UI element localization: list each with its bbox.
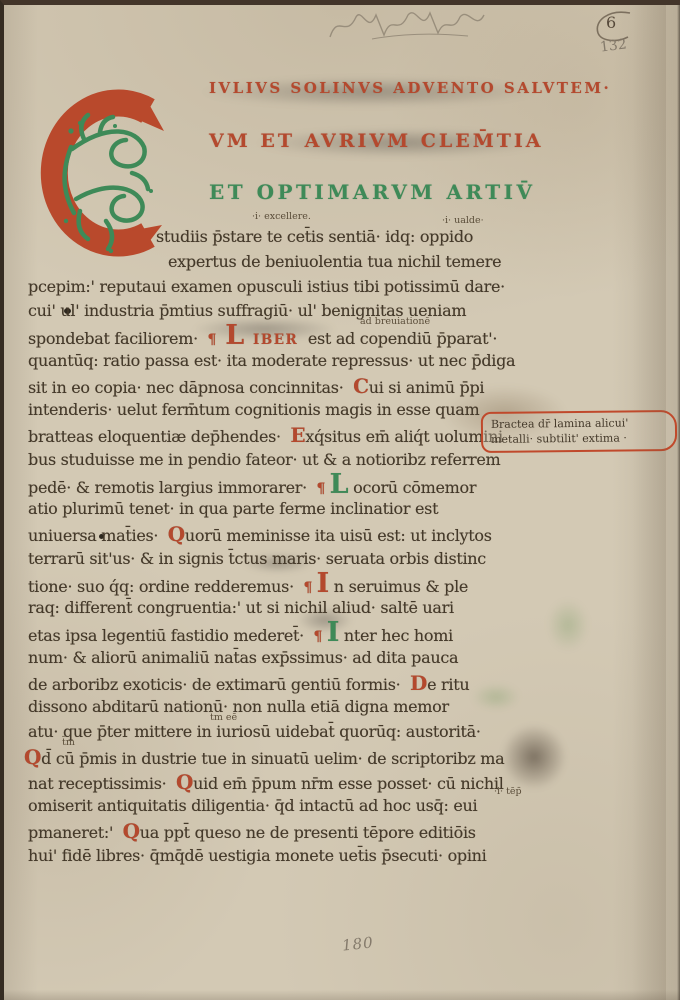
text-segment: de arboribz exoticis· de extimarū genti… [28, 675, 410, 694]
text-segment: hui' fidē libres· q̄mq̄dē uestigia mon… [28, 846, 487, 865]
text-segment: Q [24, 745, 41, 769]
faded-inscription-scrawl [322, 7, 522, 43]
incipit-line-1: IVLIVS SOLINVS ADVENTO SALVTEM· [209, 79, 611, 97]
pencil-page-number: 180 [341, 933, 374, 954]
text-segment: est ad copendiū p̄parat'· [298, 329, 497, 348]
incipit-line-2: VM ET AVRIVM CLEM̄TIA [209, 130, 544, 152]
text-segment: tione· suo q́q: ordine redderemus· [28, 577, 303, 596]
text-segment: L [330, 469, 349, 500]
text-segment: terrarū sit'us· & in signis t̄ctus mari… [28, 549, 486, 568]
text-line: spondebat faciliorem· ¶ L IBER est ad co… [28, 326, 497, 350]
text-segment: dissono abditarū nationū· non nulla et… [28, 697, 449, 716]
text-segment: E [290, 423, 305, 447]
text-segment: nter hec homi [339, 626, 453, 645]
folio-number: 132 [599, 36, 627, 55]
text-segment: D [410, 671, 427, 695]
text-line: tione· suo q́q: ordine redderemus· ¶ I n… [28, 574, 468, 598]
text-segment: ¶ [207, 332, 225, 348]
incipit-line-3: ET OPTIMARVM ARTIV̄ [209, 180, 536, 204]
text-line: uniuersa mat̄ies· Quorū meminisse ita u… [28, 524, 492, 546]
text-segment: expertus de beniuolentia tua nichil teme… [168, 252, 501, 271]
stain-blob [547, 599, 589, 651]
text-segment: ¶ [314, 629, 327, 645]
text-line: pedē· & remotis largius immorarer· ¶ L … [28, 475, 476, 499]
text-line: atio plurimū tenet· in qua parte ferme … [28, 499, 438, 519]
interlinear-gloss: ·i· ualde· [442, 215, 484, 226]
text-segment: pedē· & remotis largius immorarer· [28, 478, 316, 497]
text-segment: ui si animū p̄pi [369, 378, 485, 397]
text-segment: studiis p̄stare te cet̄is sentiā· idq: … [156, 227, 473, 246]
text-segment: pmaneret:' [28, 823, 123, 842]
text-line: intenderis· uelut ferm̄tum cognitionis m… [28, 400, 479, 420]
text-segment: ¶ [303, 580, 316, 596]
text-line: bus studuisse me in pendio fateor· ut & … [28, 450, 500, 470]
text-line: omiserit antiquitatis diligentia· q̄d in… [28, 796, 477, 816]
interlinear-gloss: ·i· excellere. [252, 211, 311, 222]
text-segment: bratteas eloquentiæ dep̄hendes· [28, 427, 290, 446]
text-segment: Q [123, 819, 140, 843]
text-segment: xq́situs em̄ aliq́t uolumini [305, 427, 502, 446]
stain-blob [472, 683, 520, 711]
text-segment: pcepim:' reputaui examen opusculi istius… [28, 277, 505, 296]
text-line: nat receptissimis· Quid em̄ p̄pum nr̄m e… [28, 772, 504, 794]
text-segment: Q [176, 770, 193, 794]
text-segment: ocorū cōmemor [348, 478, 476, 497]
text-segment: e ritu [427, 675, 469, 694]
text-segment: C [353, 374, 369, 398]
interlinear-gloss: t̄m [62, 737, 75, 748]
text-line: de arboribz exoticis· de extimarū genti… [28, 673, 469, 695]
text-line: studiis p̄stare te cet̄is sentiā· idq: … [156, 227, 473, 247]
text-line: Qd̄ cū p̄mis in dustrie tue in sinuatū… [24, 747, 504, 769]
text-line: sit in eo copia· nec dāpnosa concinnita… [28, 376, 484, 398]
text-segment: I [317, 568, 329, 599]
interlinear-gloss: ad breuiationē [360, 316, 430, 327]
folio-mark: 6 [606, 13, 616, 32]
illuminated-initial-C [14, 69, 172, 279]
page-edge-shading [632, 5, 666, 1000]
text-segment: n seruimus & ple [329, 577, 468, 596]
page-bottom-shading [4, 990, 680, 1000]
interlinear-gloss: t̄m eē [210, 712, 237, 723]
text-segment: Q [168, 522, 185, 546]
text-segment: raq: different̄ congruentia:' ut si nich… [28, 598, 454, 617]
text-segment: sit in eo copia· nec dāpnosa concinnita… [28, 378, 353, 397]
text-segment: uid em̄ p̄pum nr̄m esse posset· cū nich… [193, 774, 503, 793]
text-segment: omiserit antiquitatis diligentia· q̄d in… [28, 796, 477, 815]
text-line: bratteas eloquentiæ dep̄hendes· Exq́situ… [28, 425, 503, 447]
stain-blob [502, 725, 566, 789]
text-line: atu· que p̄ter mittere in iuriosū uideb… [28, 722, 481, 742]
interlinear-gloss: ·i· tēp̄ [494, 786, 522, 797]
text-line: expertus de beniuolentia tua nichil teme… [168, 252, 501, 272]
text-segment: IBER [253, 332, 298, 348]
text-segment: uorū meminisse ita uisū est: ut inclyt… [185, 526, 492, 545]
text-line: hui' fidē libres· q̄mq̄dē uestigia mon… [28, 846, 487, 866]
text-segment: quantūq: ratio passa est· ita moderate … [28, 351, 515, 370]
text-segment: I [327, 617, 339, 648]
text-segment: atio plurimū tenet· in qua parte ferme … [28, 499, 438, 518]
manuscript-page: 6 132 IVLIVS SOLINVS ADVENTO SALV [0, 0, 680, 1000]
text-segment: spondebat faciliorem· [28, 329, 207, 348]
text-line: terrarū sit'us· & in signis t̄ctus mari… [28, 549, 486, 569]
text-line: pcepim:' reputaui examen opusculi istius… [28, 277, 505, 297]
text-segment: nat receptissimis· [28, 774, 176, 793]
text-segment: etas ipsa legentiū fastidio mederet̄· [28, 626, 314, 645]
text-line: raq: different̄ congruentia:' ut si nich… [28, 598, 454, 618]
text-line: etas ipsa legentiū fastidio mederet̄· ¶… [28, 623, 453, 647]
text-segment: d̄ cū p̄mis in dustrie tue in sinuatū … [41, 749, 504, 768]
text-line: dissono abditarū nationū· non nulla et… [28, 697, 449, 717]
text-segment: num· & aliorū animaliū nat̄as exp̄ssim… [28, 648, 458, 667]
text-segment: atu· que p̄ter mittere in iuriosū uideb… [28, 722, 481, 741]
text-line: quantūq: ratio passa est· ita moderate … [28, 351, 515, 371]
text-segment: ua ppt̄ queso ne de presenti tēpore edi… [140, 823, 476, 842]
text-line: pmaneret:' Qua ppt̄ queso ne de presenti… [28, 821, 476, 843]
text-line: num· & aliorū animaliū nat̄as exp̄ssim… [28, 648, 458, 668]
text-segment: intenderis· uelut ferm̄tum cognitionis m… [28, 400, 479, 419]
text-segment: L [225, 320, 253, 351]
text-segment: uniuersa mat̄ies· [28, 526, 168, 545]
text-segment: ¶ [316, 481, 329, 497]
text-segment: bus studuisse me in pendio fateor· ut & … [28, 450, 500, 469]
